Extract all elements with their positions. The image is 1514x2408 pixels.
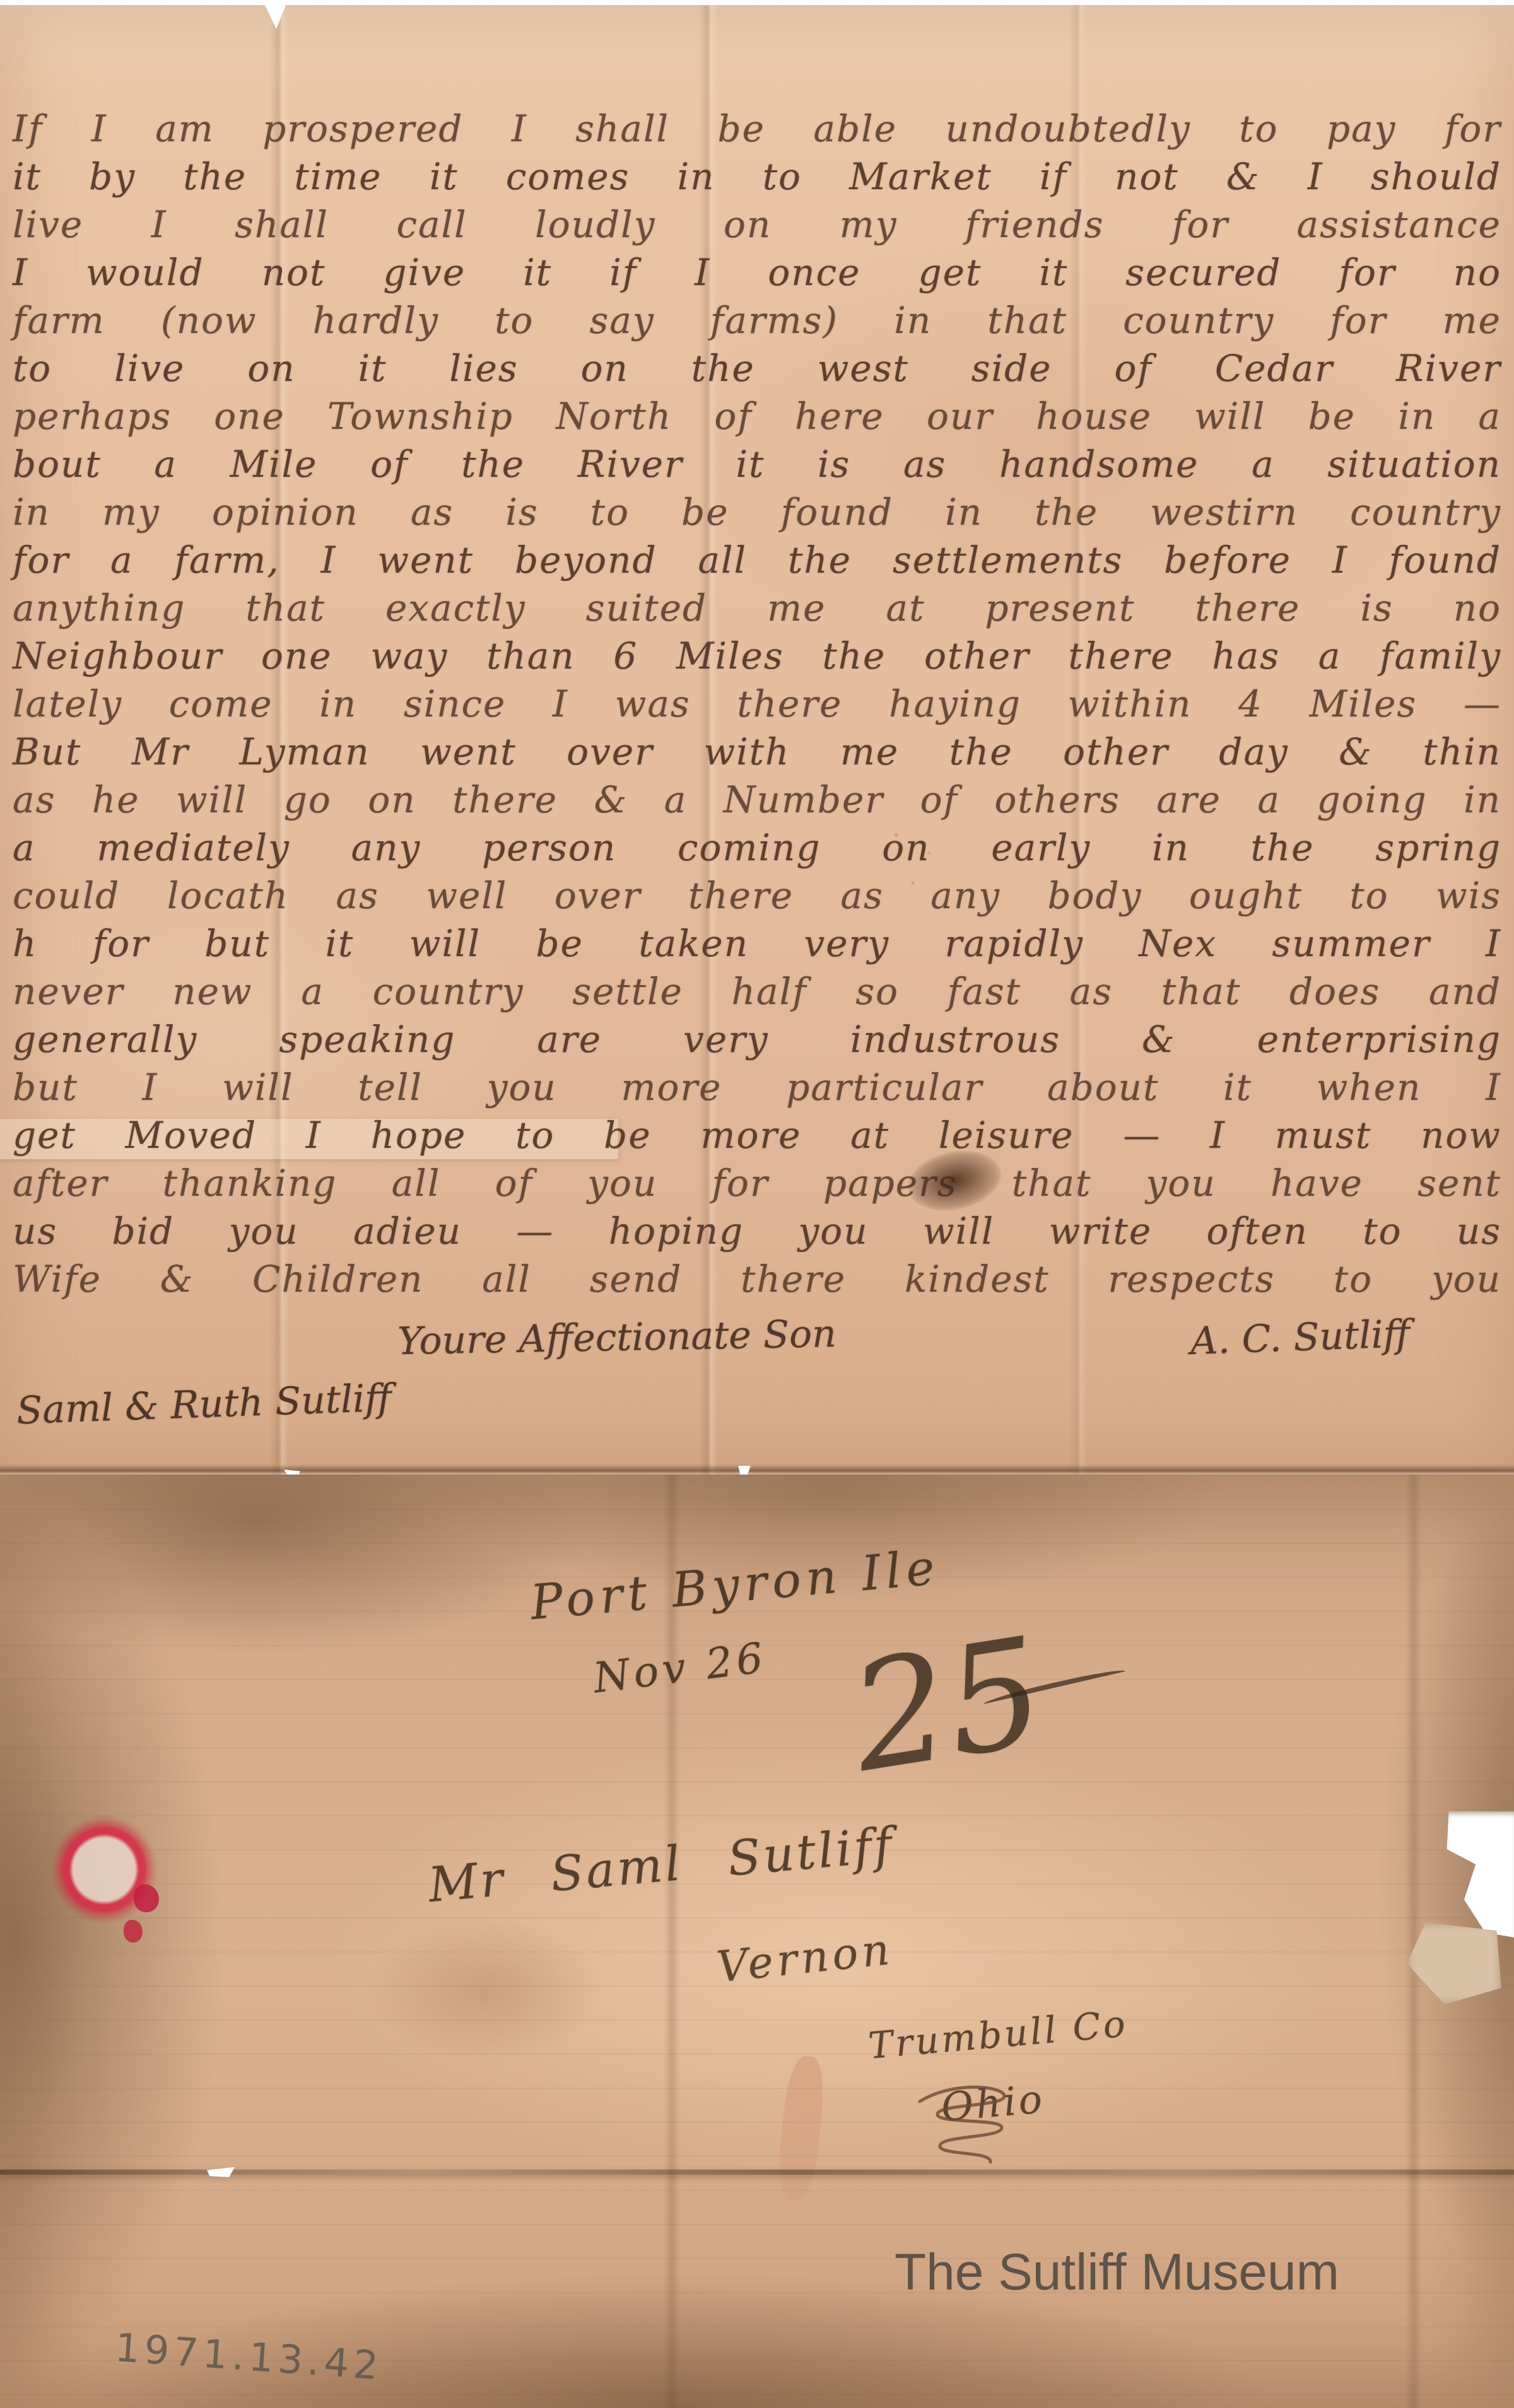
letter-line: us bid you adieu — hoping you will write… xyxy=(13,1207,1501,1255)
letter-line: could locath as well over there as any b… xyxy=(13,872,1501,920)
letter-line: lately come in since I was there haying … xyxy=(13,680,1501,728)
letter-line: I would not give it if I once get it sec… xyxy=(13,248,1501,296)
letter-line: perhaps one Township North of here our h… xyxy=(13,392,1501,440)
letter-line: But Mr Lyman went over with me the other… xyxy=(13,728,1501,776)
letter-line: never new a country settle half so fast … xyxy=(13,967,1501,1015)
museum-watermark: The Sutliff Museum xyxy=(895,2243,1488,2302)
wax-seal-fragment xyxy=(124,1920,143,1943)
letter-line: to live on it lies on the west side of C… xyxy=(13,344,1501,392)
closing-salutation: Youre Affectionate Son xyxy=(397,1312,836,1364)
letter-line: Wife & Children all send there kindest r… xyxy=(13,1255,1501,1303)
closing-row: Youre Affectionate Son A. C. Sutliff xyxy=(0,1316,1514,1360)
letter-line: a mediately any person coming on early i… xyxy=(13,824,1501,872)
letter-line: it by the time it comes in to Market if … xyxy=(13,153,1501,201)
letter-line: generally speaking are very industrous &… xyxy=(13,1015,1501,1063)
signature: A. C. Sutliff xyxy=(1190,1312,1411,1364)
pen-flourish-squiggle xyxy=(916,2085,1011,2173)
letter-line: in my opinion as is to be found in the w… xyxy=(13,488,1501,536)
letter-scan: If I am prospered I shall be able undoub… xyxy=(0,0,1514,2408)
smudge-stain xyxy=(366,1917,606,2062)
letter-line: h for but it will be taken very rapidly … xyxy=(13,920,1501,967)
letter-line: as he will go on there & a Number of oth… xyxy=(13,776,1501,824)
letter-line: but I will tell you more particular abou… xyxy=(13,1063,1501,1111)
letter-body: If I am prospered I shall be able undoub… xyxy=(13,105,1501,1303)
letter-line: get Moved I hope to be more at leisure —… xyxy=(13,1111,1501,1159)
wax-seal-fragment xyxy=(134,1885,159,1912)
letter-line: If I am prospered I shall be able undoub… xyxy=(13,105,1501,153)
letter-line: bout a Mile of the River it is as handso… xyxy=(13,440,1501,488)
letter-line: for a farm, I went beyond all the settle… xyxy=(13,536,1501,584)
letter-line: after thanking all of you for papers tha… xyxy=(13,1159,1501,1207)
letter-line: live I shall call loudly on my friends f… xyxy=(13,201,1501,248)
letter-line: Neighbour one way than 6 Miles the other… xyxy=(13,632,1501,680)
postal-rate-marking: 25 xyxy=(842,1617,1053,1794)
letter-line: anything that exactly suited me at prese… xyxy=(13,584,1501,632)
letter-line: farm (now hardly to say farms) in that c… xyxy=(13,296,1501,344)
